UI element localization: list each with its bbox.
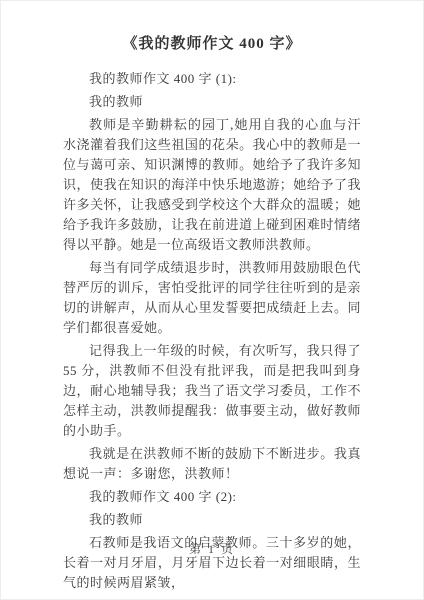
document-page: 《我的教师作文 400 字》 我的教师作文 400 字 (1): 我的教师 教师… [0,0,424,600]
essay-1-heading: 我的教师作文 400 字 (1): [63,69,361,89]
paragraph: 教师是辛勤耕耘的园丁,她用自我的心血与汗水浇灌着我们这些祖国的花朵。我心中的教师… [63,115,361,255]
document-body: 我的教师作文 400 字 (1): 我的教师 教师是辛勤耕耘的园丁,她用自我的心… [63,69,361,593]
page-footer: 第 1 页 [1,540,423,557]
essay-2-subtitle: 我的教师 [63,510,361,530]
document-title: 《我的教师作文 400 字》 [1,1,423,53]
page-number: 第 1 页 [189,542,235,556]
paragraph: 记得我上一年级的时候，有次听写，我只得了55 分，洪教师不但没有批评我，而是把我… [63,341,361,441]
essay-2-heading: 我的教师作文 400 字 (2): [63,487,361,507]
paragraph: 我就是在洪教师不断的鼓励下不断进步。我真想说一声：多谢您，洪教师！ [63,444,361,484]
paragraph: 每当有同学成绩退步时，洪教师用鼓励眼色代替严厉的训斥，害怕受批评的同学往往听到的… [63,258,361,338]
essay-1-subtitle: 我的教师 [63,92,361,112]
